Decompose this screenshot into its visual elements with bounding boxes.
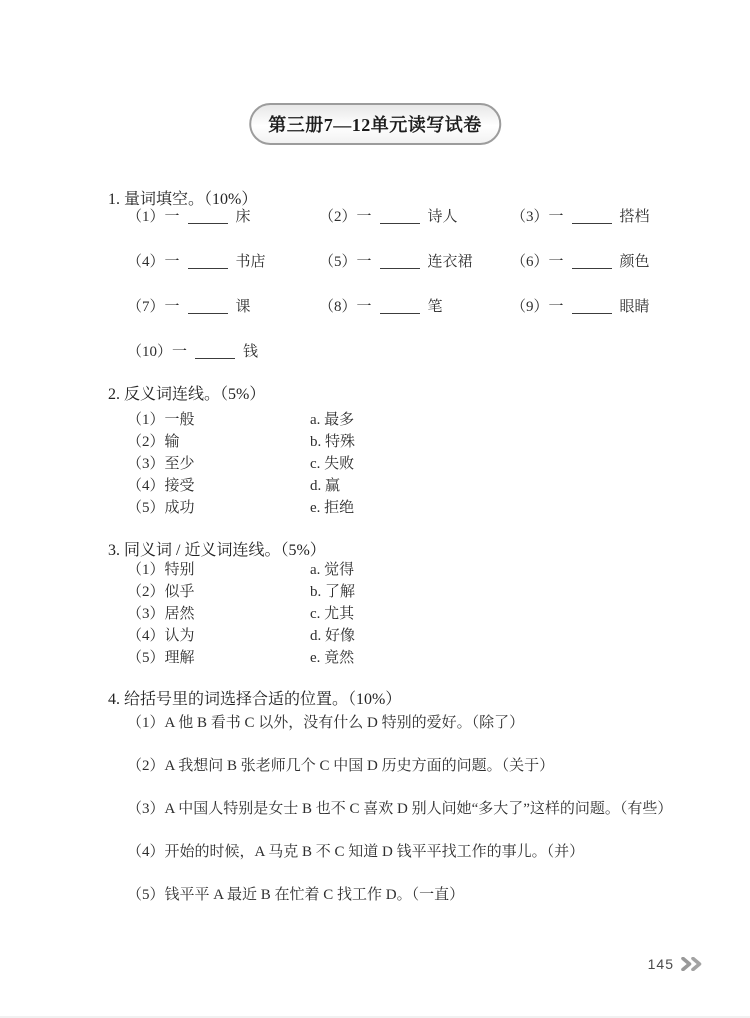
item-word: 诗人 — [428, 209, 458, 225]
match-row: （5）成功e. 拒绝 — [127, 497, 355, 519]
section-3-heading: 3. 同义词 / 近义词连线。（5%） — [108, 537, 326, 560]
item-word: 颜色 — [620, 254, 650, 270]
match-right: b. 特殊 — [310, 431, 355, 453]
match-right: c. 失败 — [310, 453, 354, 475]
match-right: a. 觉得 — [310, 559, 354, 581]
match-row: （5）理解e. 竟然 — [127, 647, 355, 669]
item-word: 床 — [236, 209, 251, 225]
page-title: 第三册7—12单元读写试卷 — [249, 103, 501, 145]
match-left: （4）接受 — [127, 475, 310, 497]
item-word: 课 — [236, 299, 251, 315]
match-row: （4）认为d. 好像 — [127, 625, 355, 647]
page-number: 145 — [648, 956, 674, 972]
item-word: 连衣裙 — [428, 254, 473, 270]
match-right: e. 拒绝 — [310, 497, 354, 519]
match-left: （2）似乎 — [127, 581, 310, 603]
match-left: （4）认为 — [127, 625, 310, 647]
item-prefix: （1）一 — [127, 209, 180, 225]
match-right: b. 了解 — [310, 581, 355, 603]
match-row: （3）至少c. 失败 — [127, 453, 355, 475]
item-word: 搭档 — [620, 209, 650, 225]
match-left: （2）输 — [127, 431, 310, 453]
match-right: d. 好像 — [310, 625, 355, 647]
item-prefix: （8）一 — [319, 299, 372, 315]
fill-item: （5）一连衣裙 — [319, 251, 511, 273]
match-row: （3）居然c. 尤其 — [127, 603, 355, 625]
blank-line — [188, 209, 228, 224]
match-left: （5）理解 — [127, 647, 310, 669]
match-left: （5）成功 — [127, 497, 310, 519]
fill-item: （3）一搭档 — [511, 206, 650, 228]
match-right: a. 最多 — [310, 409, 354, 431]
match-row: （1）特别a. 觉得 — [127, 559, 355, 581]
fill-item: （2）一诗人 — [319, 206, 511, 228]
match-row: （1）一般a. 最多 — [127, 409, 355, 431]
match-right: d. 赢 — [310, 475, 340, 497]
match-right: c. 尤其 — [310, 603, 354, 625]
item-prefix: （2）一 — [319, 209, 372, 225]
item-prefix: （4）一 — [127, 254, 180, 270]
blank-line — [380, 299, 420, 314]
fill-item: （8）一笔 — [319, 296, 511, 318]
section-2-heading: 2. 反义词连线。（5%） — [108, 381, 265, 404]
item-prefix: （10）一 — [127, 344, 187, 360]
fill-item: （4）一书店 — [127, 251, 319, 273]
item-word: 眼睛 — [620, 299, 650, 315]
match-left: （3）至少 — [127, 453, 310, 475]
double-chevron-right-icon — [681, 957, 704, 971]
item-prefix: （6）一 — [511, 254, 564, 270]
match-left: （3）居然 — [127, 603, 310, 625]
question-item: （1）A 他 B 看书 C 以外，没有什么 D 特别的爱好。（除了） — [127, 713, 737, 733]
blank-line — [188, 299, 228, 314]
page-footer: 145 — [648, 956, 704, 972]
item-prefix: （7）一 — [127, 299, 180, 315]
blank-line — [380, 254, 420, 269]
section-4-heading: 4. 给括号里的词选择合适的位置。（10%） — [108, 686, 401, 709]
match-row: （2）似乎b. 了解 — [127, 581, 355, 603]
item-word: 笔 — [428, 299, 443, 315]
match-row: （4）接受d. 赢 — [127, 475, 355, 497]
fill-item: （1）一床 — [127, 206, 319, 228]
item-word: 钱 — [243, 344, 258, 360]
item-word: 书店 — [236, 254, 266, 270]
item-prefix: （9）一 — [511, 299, 564, 315]
question-item: （2）A 我想问 B 张老师几个 C 中国 D 历史方面的问题。（关于） — [127, 756, 737, 776]
match-row: （2）输b. 特殊 — [127, 431, 355, 453]
match-left: （1）一般 — [127, 409, 310, 431]
section-4-question-list: （1）A 他 B 看书 C 以外，没有什么 D 特别的爱好。（除了） （2）A … — [127, 713, 737, 928]
blank-line — [572, 254, 612, 269]
fill-item: （9）一眼睛 — [511, 296, 650, 318]
section-1-fill-blank-grid: （1）一床 （2）一诗人 （3）一搭档 （4）一书店 （5）一连衣裙 （6）一颜… — [127, 206, 727, 386]
blank-line — [195, 344, 235, 359]
match-left: （1）特别 — [127, 559, 310, 581]
fill-item: （7）一课 — [127, 296, 319, 318]
match-right: e. 竟然 — [310, 647, 354, 669]
blank-line — [572, 209, 612, 224]
item-prefix: （5）一 — [319, 254, 372, 270]
item-prefix: （3）一 — [511, 209, 564, 225]
fill-item: （10）一钱 — [127, 341, 258, 363]
question-item: （4）开始的时候，A 马克 B 不 C 知道 D 钱平平找工作的事儿。（并） — [127, 842, 737, 862]
question-item: （3）A 中国人特别是女士 B 也不 C 喜欢 D 别人问她“多大了”这样的问题… — [127, 799, 737, 819]
section-3-match-list: （1）特别a. 觉得 （2）似乎b. 了解 （3）居然c. 尤其 （4）认为d.… — [127, 559, 355, 669]
section-2-match-list: （1）一般a. 最多 （2）输b. 特殊 （3）至少c. 失败 （4）接受d. … — [127, 409, 355, 519]
blank-line — [380, 209, 420, 224]
blank-line — [572, 299, 612, 314]
question-item: （5）钱平平 A 最近 B 在忙着 C 找工作 D。（一直） — [127, 885, 737, 905]
fill-item: （6）一颜色 — [511, 251, 650, 273]
blank-line — [188, 254, 228, 269]
